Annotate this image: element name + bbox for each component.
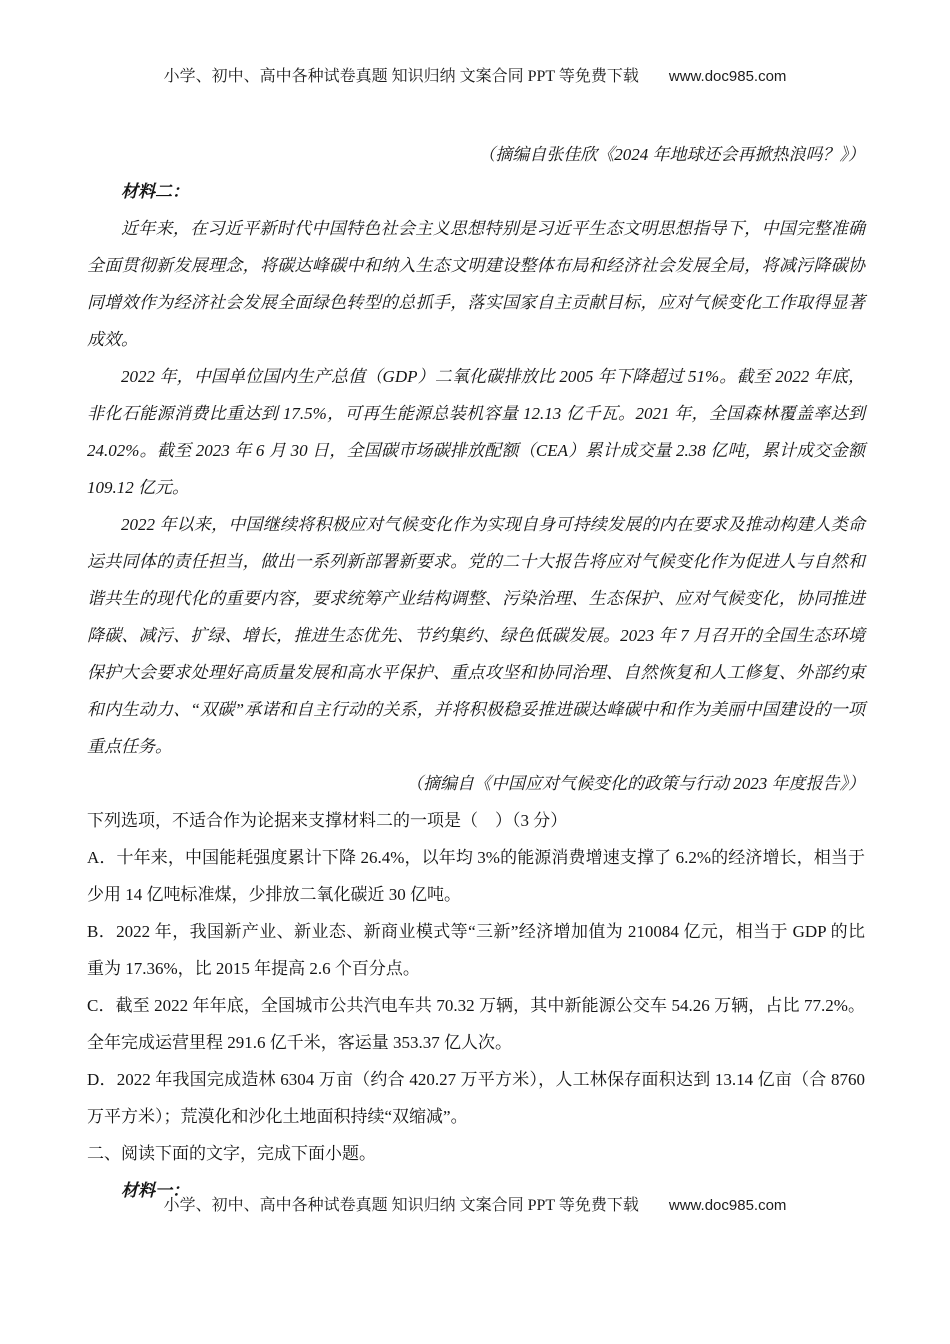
material-two-paragraph-3: 2022 年以来，中国继续将积极应对气候变化作为实现自身可持续发展的内在要求及推… bbox=[87, 506, 865, 765]
question-stem: 下列选项，不适合作为论据来支撑材料二的一项是（ ）（3 分） bbox=[87, 802, 865, 839]
page-footer: 小学、初中、高中各种试卷真题 知识归纳 文案合同 PPT 等免费下载www.do… bbox=[0, 1192, 950, 1215]
footer-promo-text: 小学、初中、高中各种试卷真题 知识归纳 文案合同 PPT 等免费下载 bbox=[164, 1197, 639, 1214]
option-b-text: 2022 年，我国新产业、新业态、新商业模式等“三新”经济增加值为 210084… bbox=[87, 922, 865, 978]
material-two-paragraph-2: 2022 年，中国单位国内生产总值（GDP）二氧化碳排放比 2005 年下降超过… bbox=[87, 358, 865, 506]
option-c-text: 截至 2022 年年底，全国城市公共汽电车共 70.32 万辆，其中新能源公交车… bbox=[87, 996, 865, 1052]
header-promo-text: 小学、初中、高中各种试卷真题 知识归纳 文案合同 PPT 等免费下载 bbox=[164, 68, 639, 85]
option-c-label: C． bbox=[87, 996, 116, 1015]
question-option-b: B．2022 年，我国新产业、新业态、新商业模式等“三新”经济增加值为 2100… bbox=[87, 913, 865, 987]
option-d-label: D． bbox=[87, 1070, 117, 1089]
option-b-label: B． bbox=[87, 922, 116, 941]
option-a-label: A． bbox=[87, 848, 117, 867]
material-two-heading: 材料二： bbox=[87, 173, 865, 210]
question-option-d: D．2022 年我国完成造林 6304 万亩（约合 420.27 万平方米），人… bbox=[87, 1061, 865, 1135]
material-two-paragraph-1: 近年来，在习近平新时代中国特色社会主义思想特别是习近平生态文明思想指导下，中国完… bbox=[87, 210, 865, 358]
footer-site-url: www.doc985.com bbox=[669, 1197, 787, 1214]
question-option-a: A．十年来，中国能耗强度累计下降 26.4%，以年均 3%的能源消费增速支撑了 … bbox=[87, 839, 865, 913]
option-d-text: 2022 年我国完成造林 6304 万亩（约合 420.27 万平方米），人工林… bbox=[87, 1070, 865, 1126]
header-site-url: www.doc985.com bbox=[669, 68, 787, 85]
material-one-attribution: （摘编自张佳欣《2024 年地球还会再掀热浪吗？》） bbox=[87, 136, 865, 173]
material-two-attribution: （摘编自《中国应对气候变化的政策与行动 2023 年度报告》） bbox=[87, 765, 865, 802]
document-body: （摘编自张佳欣《2024 年地球还会再掀热浪吗？》） 材料二： 近年来，在习近平… bbox=[87, 136, 865, 1209]
exam-document-page: 小学、初中、高中各种试卷真题 知识归纳 文案合同 PPT 等免费下载www.do… bbox=[0, 0, 950, 1344]
question-option-c: C．截至 2022 年年底，全国城市公共汽电车共 70.32 万辆，其中新能源公… bbox=[87, 987, 865, 1061]
section-two-heading: 二、阅读下面的文字，完成下面小题。 bbox=[87, 1135, 865, 1172]
option-a-text: 十年来，中国能耗强度累计下降 26.4%，以年均 3%的能源消费增速支撑了 6.… bbox=[87, 848, 865, 904]
page-header: 小学、初中、高中各种试卷真题 知识归纳 文案合同 PPT 等免费下载www.do… bbox=[0, 63, 950, 86]
